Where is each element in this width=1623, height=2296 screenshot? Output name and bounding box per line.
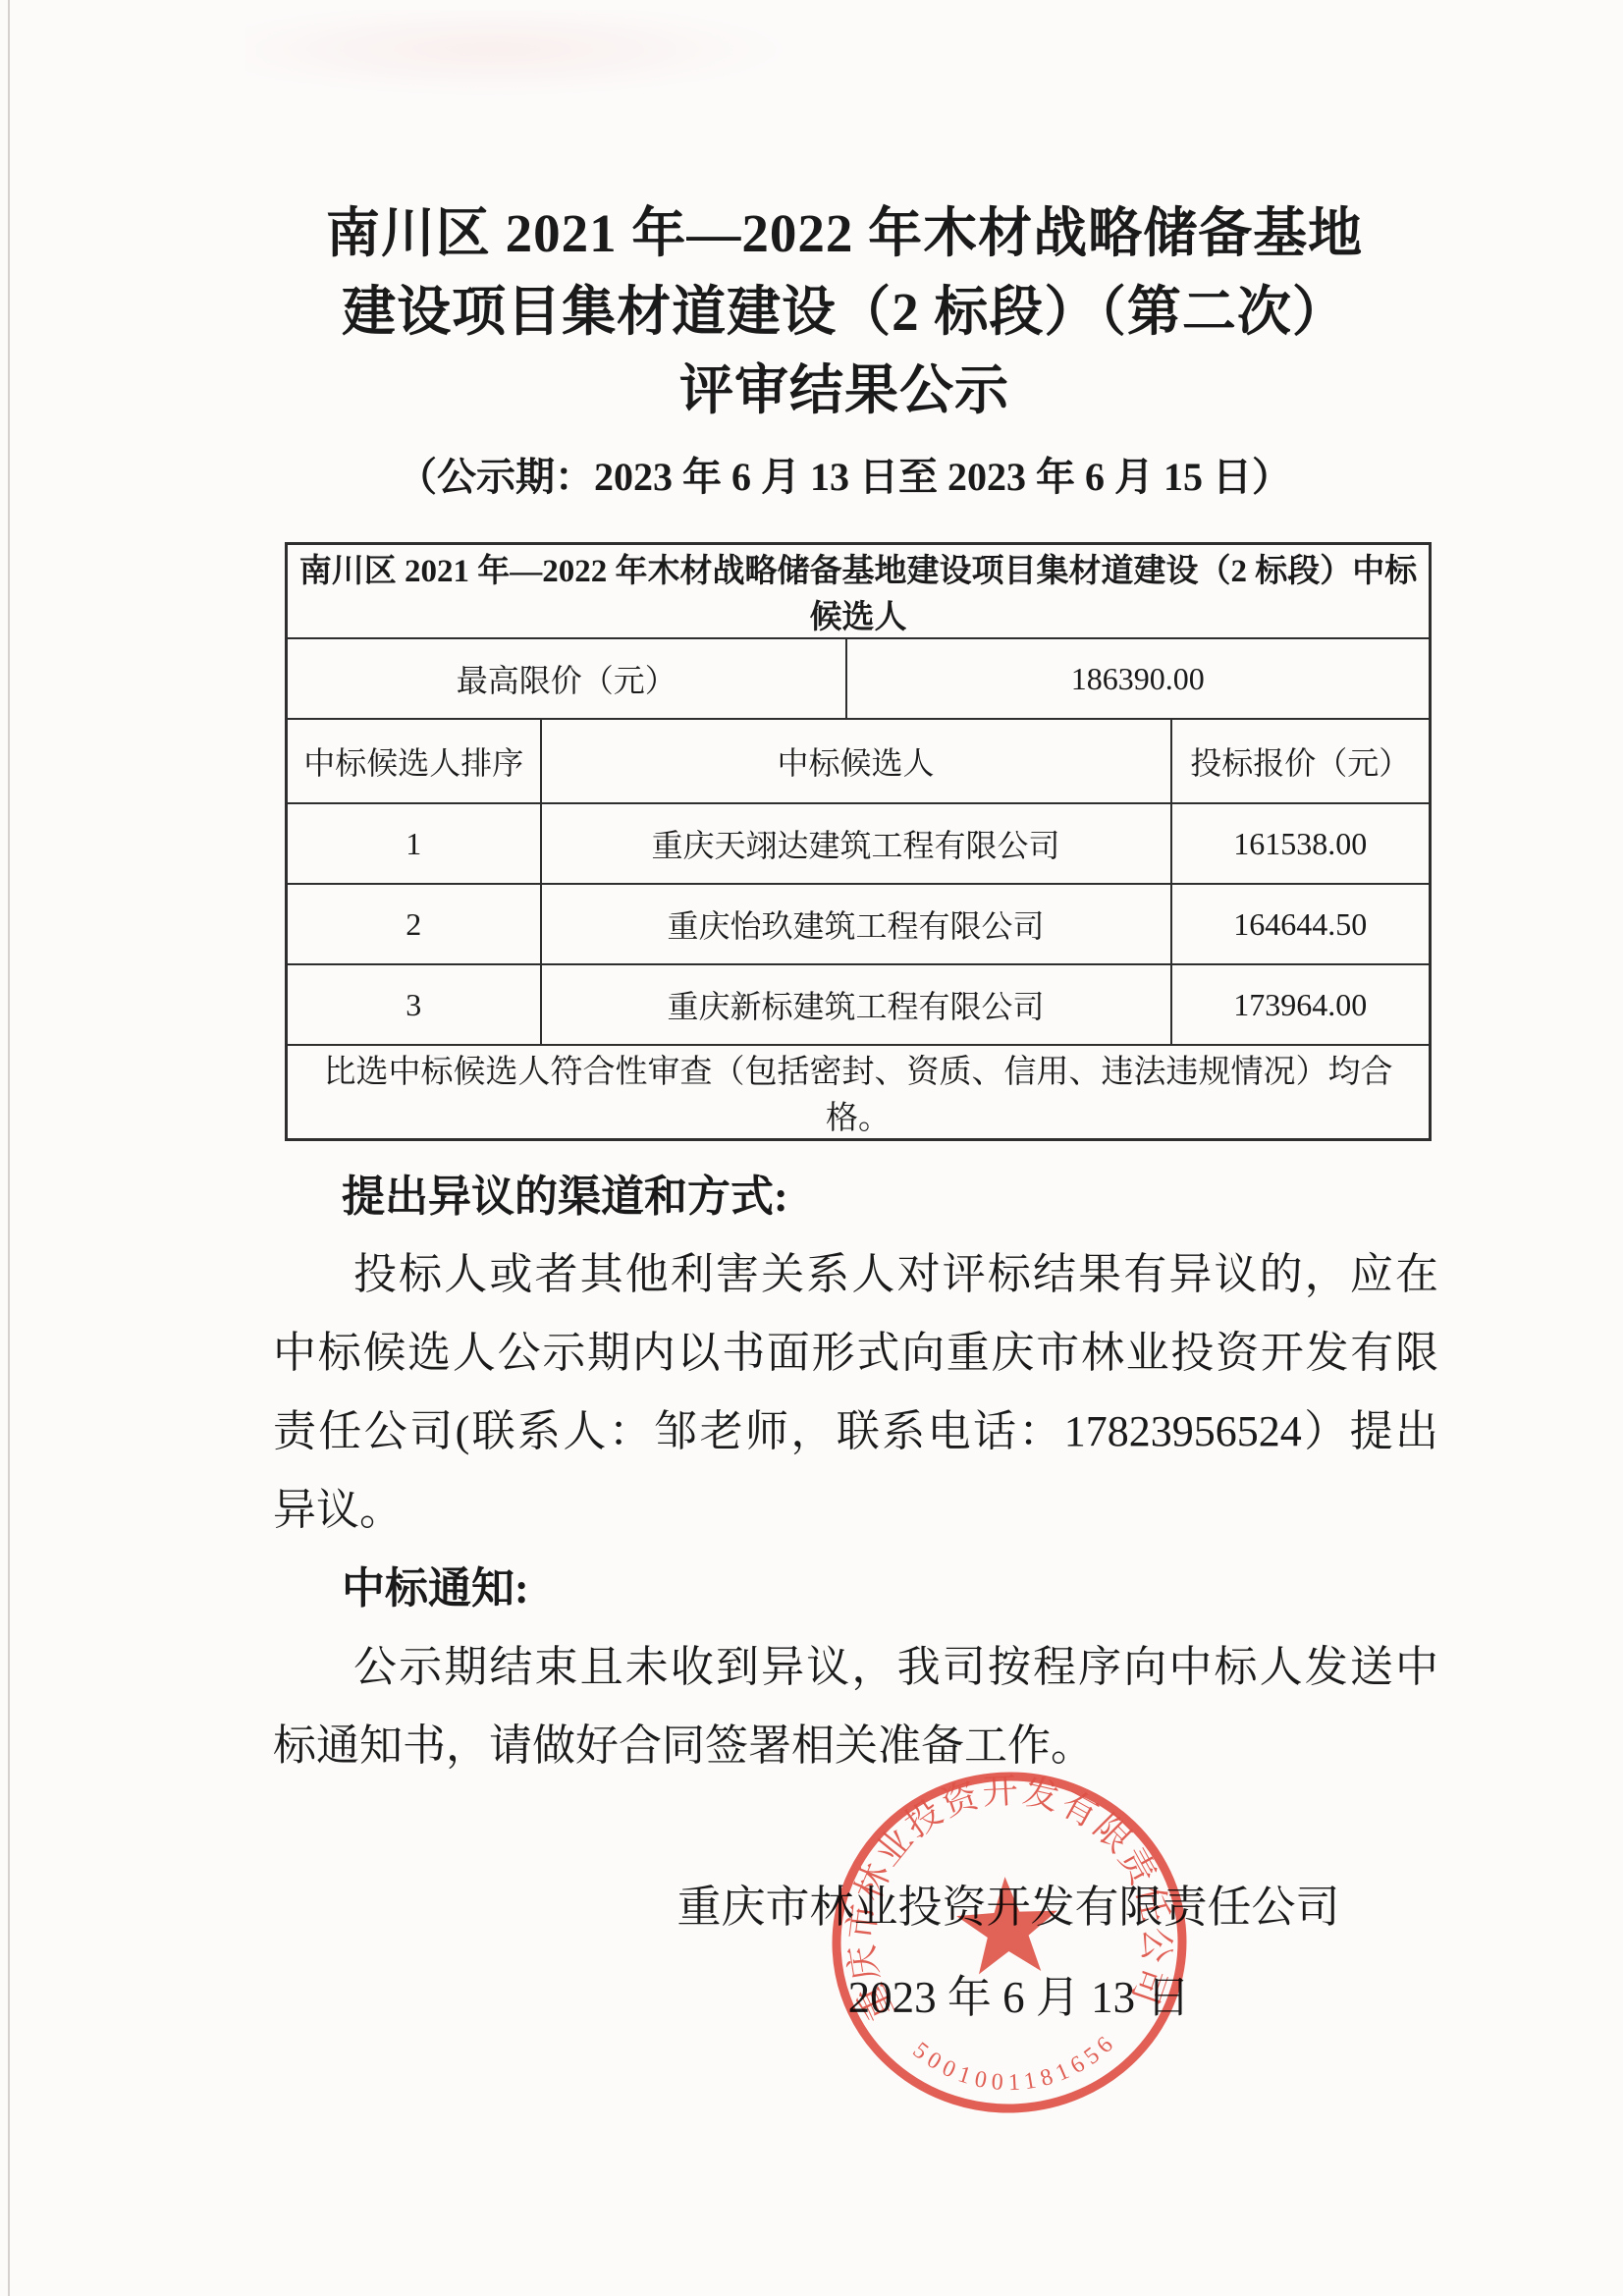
objection-channel-heading: 提出异议的渠道和方式: — [273, 1158, 1438, 1236]
page-title-line-2: 建设项目集材道建设（2 标段）（第二次） — [128, 273, 1561, 352]
table-title-row: 南川区 2021 年—2022 年木材战略储备基地建设项目集材道建设（2 标段）… — [287, 544, 1431, 639]
table-row: 2 重庆怡玖建筑工程有限公司 164644.50 — [287, 884, 1431, 964]
award-notice-paragraph: 公示期结束且未收到异议，我司按程序向中标人发送中 标通知书，请做好合同签署相关准… — [273, 1628, 1438, 1785]
seal-star-icon — [954, 1874, 1060, 1975]
candidate-rank: 2 — [287, 884, 541, 964]
objection-channel-heading-text: 提出异议的渠道和方式: — [342, 1158, 1438, 1236]
objection-line: 中标候选人公示期内以书面形式向重庆市林业投资开发有限 — [273, 1314, 1438, 1393]
page-title-line-3: 评审结果公示 — [128, 352, 1561, 430]
page-title-line-1: 南川区 2021 年—2022 年木材战略储备基地 — [128, 194, 1561, 273]
candidate-rank: 1 — [287, 803, 541, 884]
award-notice-heading: 中标通知: — [273, 1550, 1438, 1628]
candidate-name: 重庆怡玖建筑工程有限公司 — [541, 884, 1171, 964]
notice-line: 公示期结束且未收到异议，我司按程序向中标人发送中 — [273, 1628, 1438, 1707]
publicity-period-subtitle: （公示期：2023 年 6 月 13 日至 2023 年 6 月 15 日） — [128, 450, 1561, 505]
table-row: 3 重庆新标建筑工程有限公司 173964.00 — [287, 964, 1431, 1045]
bid-candidates-table-wrapper: 南川区 2021 年—2022 年木材战略储备基地建设项目集材道建设（2 标段）… — [285, 542, 1429, 1141]
max-price-row: 最高限价（元） 186390.00 — [287, 638, 1431, 719]
compliance-note: 比选中标候选人符合性审查（包括密封、资质、信用、违法违规情况）均合格。 — [287, 1045, 1431, 1140]
col-header-price: 投标报价（元） — [1171, 719, 1431, 803]
notice-line: 标通知书，请做好合同签署相关准备工作。 — [273, 1707, 1438, 1785]
column-header-row: 中标候选人排序 中标候选人 投标报价（元） — [287, 719, 1431, 803]
page-title: 南川区 2021 年—2022 年木材战略储备基地 建设项目集材道建设（2 标段… — [128, 194, 1561, 430]
table-title-cell: 南川区 2021 年—2022 年木材战略储备基地建设项目集材道建设（2 标段）… — [287, 544, 1431, 639]
objection-line: 投标人或者其他利害关系人对评标结果有异议的，应在 — [273, 1235, 1438, 1314]
candidate-price: 164644.50 — [1171, 884, 1431, 964]
candidate-name: 重庆天翊达建筑工程有限公司 — [541, 803, 1171, 884]
scan-edge-artifact — [8, 0, 10, 2296]
bid-candidates-table: 南川区 2021 年—2022 年木材战略储备基地建设项目集材道建设（2 标段）… — [285, 542, 1432, 1141]
candidate-price: 173964.00 — [1171, 964, 1431, 1045]
objection-line: 责任公司(联系人：邹老师，联系电话：17823956524）提出 — [273, 1393, 1438, 1471]
compliance-note-row: 比选中标候选人符合性审查（包括密封、资质、信用、违法违规情况）均合格。 — [287, 1045, 1431, 1140]
objection-line: 异议。 — [273, 1471, 1438, 1550]
objection-paragraph: 投标人或者其他利害关系人对评标结果有异议的，应在 中标候选人公示期内以书面形式向… — [273, 1235, 1438, 1550]
official-red-seal: 重庆市林业投资开发有限责任公司 5001001181656 — [814, 1760, 1205, 2124]
document-page: 南川区 2021 年—2022 年木材战略储备基地 建设项目集材道建设（2 标段… — [0, 0, 1623, 2296]
max-price-value: 186390.00 — [846, 638, 1431, 719]
max-price-label: 最高限价（元） — [287, 638, 846, 719]
col-header-name: 中标候选人 — [541, 719, 1171, 803]
scan-smudge-artifact — [245, 10, 795, 98]
table-row: 1 重庆天翊达建筑工程有限公司 161538.00 — [287, 803, 1431, 884]
candidate-rank: 3 — [287, 964, 541, 1045]
candidate-price: 161538.00 — [1171, 803, 1431, 884]
col-header-rank: 中标候选人排序 — [287, 719, 541, 803]
candidate-name: 重庆新标建筑工程有限公司 — [541, 964, 1171, 1045]
award-notice-heading-text: 中标通知: — [342, 1550, 1438, 1628]
